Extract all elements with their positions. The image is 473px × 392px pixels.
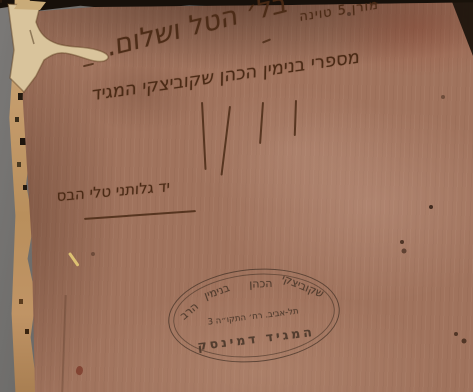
stamp-arc-word-3: הכהן [249,277,273,291]
paper-specks [0,0,2,2]
book-cover-photo: מורן 5 טוינה בל׳ הטל ושלום. מספרי בנימין… [0,0,473,392]
library-stamp: הרב בנימין הכהן שקוביצקי תל-אביב. רח׳ הת… [164,262,343,370]
